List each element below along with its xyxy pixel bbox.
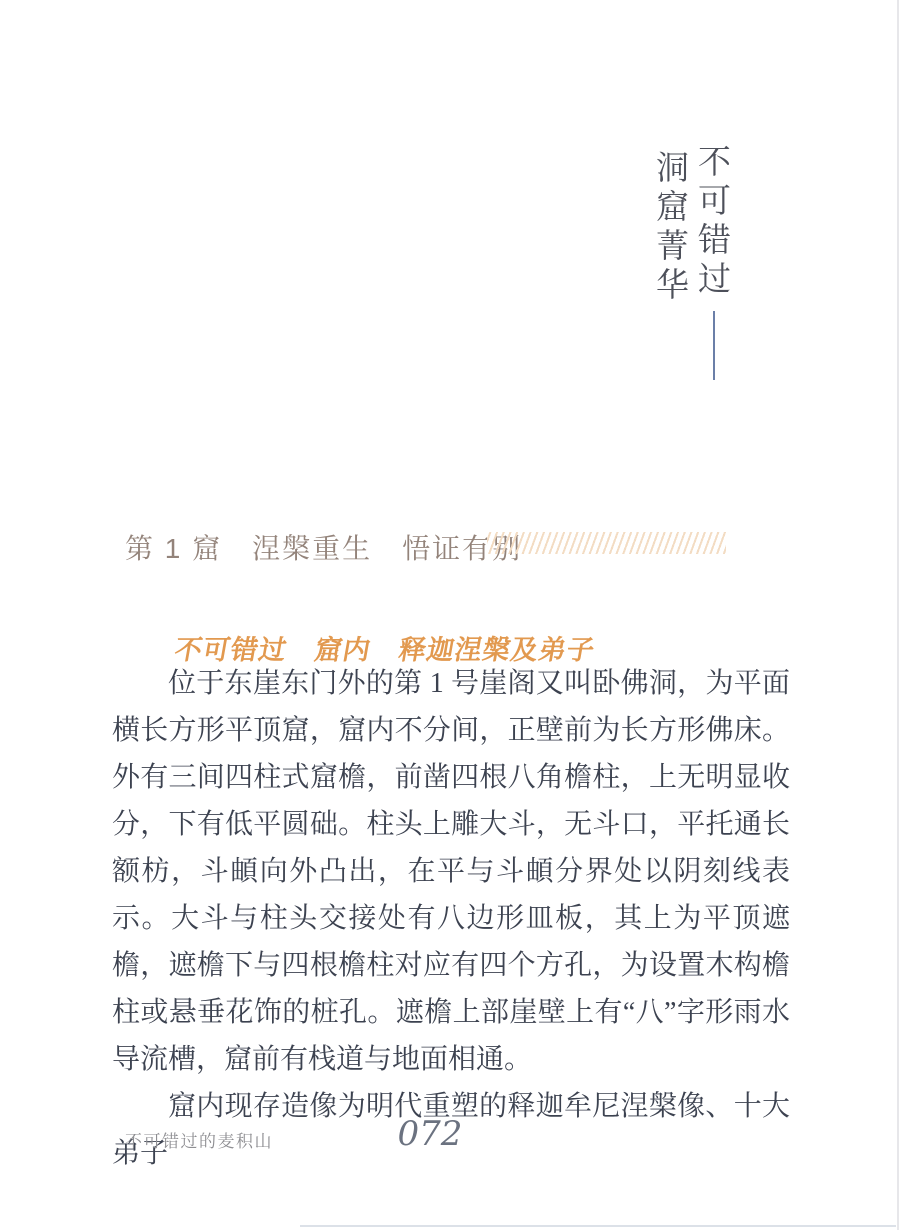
scan-edge-bottom xyxy=(300,1225,896,1227)
book-page: 不可错过 洞窟菁华 第 1 窟 涅槃重生 悟证有别 不可错过 窟内 释迦涅槃及弟… xyxy=(0,0,900,1230)
vertical-chapter-title: 不可错过 xyxy=(694,144,730,300)
vertical-title-rule xyxy=(713,311,715,380)
footer-book-title: 不可错过的麦积山 xyxy=(125,1127,273,1152)
body-text: 位于东崖东门外的第 1 号崖阁又叫卧佛洞，为平面横长方形平顶窟，窟内不分间，正壁… xyxy=(112,660,790,1177)
scan-edge-right xyxy=(897,0,899,1230)
section-heading: 第 1 窟 涅槃重生 悟证有别 xyxy=(125,527,522,567)
vertical-chapter-subtitle: 洞窟菁华 xyxy=(652,150,688,306)
body-paragraph: 位于东崖东门外的第 1 号崖阁又叫卧佛洞，为平面横长方形平顶窟，窟内不分间，正壁… xyxy=(112,660,790,1083)
heading-slash-ornament xyxy=(487,532,726,554)
page-number: 072 xyxy=(360,1114,500,1154)
